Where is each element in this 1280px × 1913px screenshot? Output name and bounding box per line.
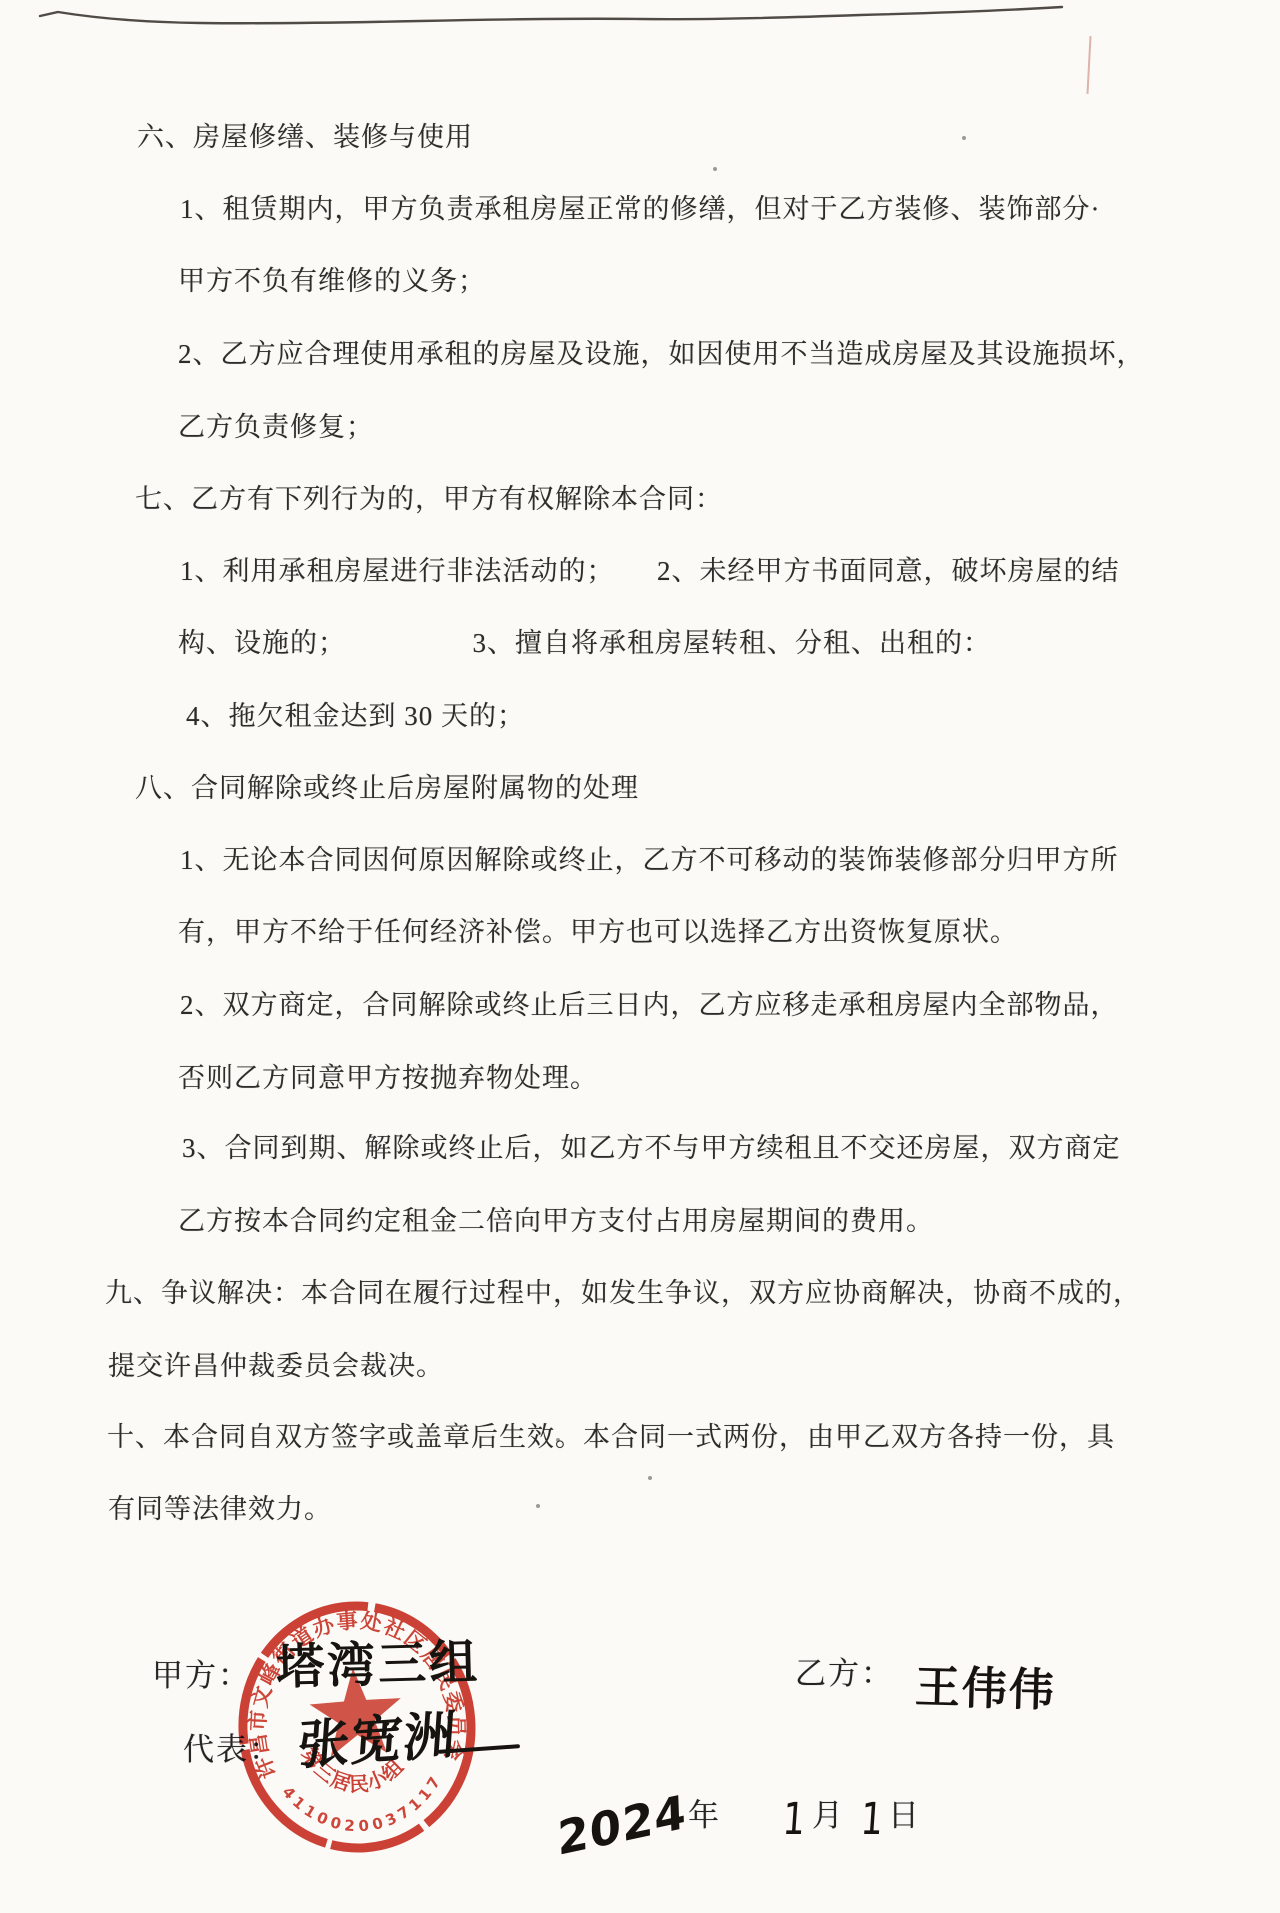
scan-speck (536, 1504, 540, 1508)
contract-line: 提交许昌仲裁委员会裁决。 (108, 1344, 444, 1383)
contract-line: 1、无论本合同因何原因解除或终止，乙方不可移动的装饰装修部分归甲方所 (180, 838, 1119, 877)
representative-signature: 张宽洲 (296, 1692, 460, 1779)
date-day-suffix: 日 (888, 1790, 921, 1835)
contract-line: 构、设施的； 3、擅自将承租房屋转租、分租、出租的： (178, 621, 991, 660)
party-a-name-handwritten: 塔湾三组 (275, 1623, 481, 1697)
contract-line: 十、本合同自双方签字或盖章后生效。本合同一式两份，由甲乙双方各持一份，具 (107, 1415, 1115, 1454)
contract-line: 2、乙方应合理使用承租的房屋及设施，如因使用不当造成房屋及其设施损坏， (178, 332, 1145, 371)
party-b-label: 乙方： (795, 1648, 894, 1693)
contract-line: 3、合同到期、解除或终止后，如乙方不与甲方续租且不交还房屋，双方商定 (182, 1126, 1121, 1165)
contract-line: 乙方按本合同约定租金二倍向甲方支付占用房屋期间的费用。 (178, 1199, 934, 1238)
scan-edge-artifact (0, 0, 1280, 40)
scan-mark (1086, 36, 1091, 94)
contract-page: 六、房屋修缮、装修与使用 1、租赁期内，甲方负责承租房屋正常的修缮，但对于乙方装… (0, 0, 1280, 1913)
contract-line: 六、房屋修缮、装修与使用 (137, 115, 473, 154)
contract-line: 七、乙方有下列行为的，甲方有权解除本合同： (135, 477, 723, 516)
date-month-suffix: 月 (812, 1790, 845, 1835)
scan-speck (713, 167, 717, 171)
date-year-suffix: 年 (688, 1790, 721, 1835)
contract-line: 1、利用承租房屋进行非法活动的； 2、未经甲方书面同意，破坏房屋的结 (180, 549, 1120, 588)
scan-speck (962, 136, 966, 140)
contract-line: 九、争议解决：本合同在履行过程中，如发生争议，双方应协商解决，协商不成的， (105, 1271, 1141, 1310)
date-month-handwritten: 1 (781, 1794, 807, 1845)
contract-line: 4、拖欠租金达到 30 天的； (186, 694, 525, 733)
date-year-handwritten: 2024 (556, 1784, 687, 1866)
contract-line: 甲方不负有维修的义务； (178, 259, 486, 298)
date-day-handwritten: 1 (859, 1794, 885, 1845)
contract-line: 乙方负责修复； (178, 405, 374, 444)
contract-line: 1、租赁期内，甲方负责承租房屋正常的修缮，但对于乙方装修、装饰部分· (180, 187, 1101, 226)
contract-line: 八、合同解除或终止后房屋附属物的处理 (135, 766, 639, 805)
contract-line: 2、双方商定，合同解除或终止后三日内，乙方应移走承租房屋内全部物品， (180, 983, 1119, 1022)
scan-speck (648, 1476, 652, 1480)
contract-line: 否则乙方同意甲方按抛弃物处理。 (178, 1056, 598, 1095)
party-b-name-handwritten: 王伟伟 (914, 1650, 1057, 1719)
contract-line: 有同等法律效力。 (108, 1487, 332, 1526)
contract-line: 有，甲方不给于任何经济补偿。甲方也可以选择乙方出资恢复原状。 (178, 910, 1018, 949)
